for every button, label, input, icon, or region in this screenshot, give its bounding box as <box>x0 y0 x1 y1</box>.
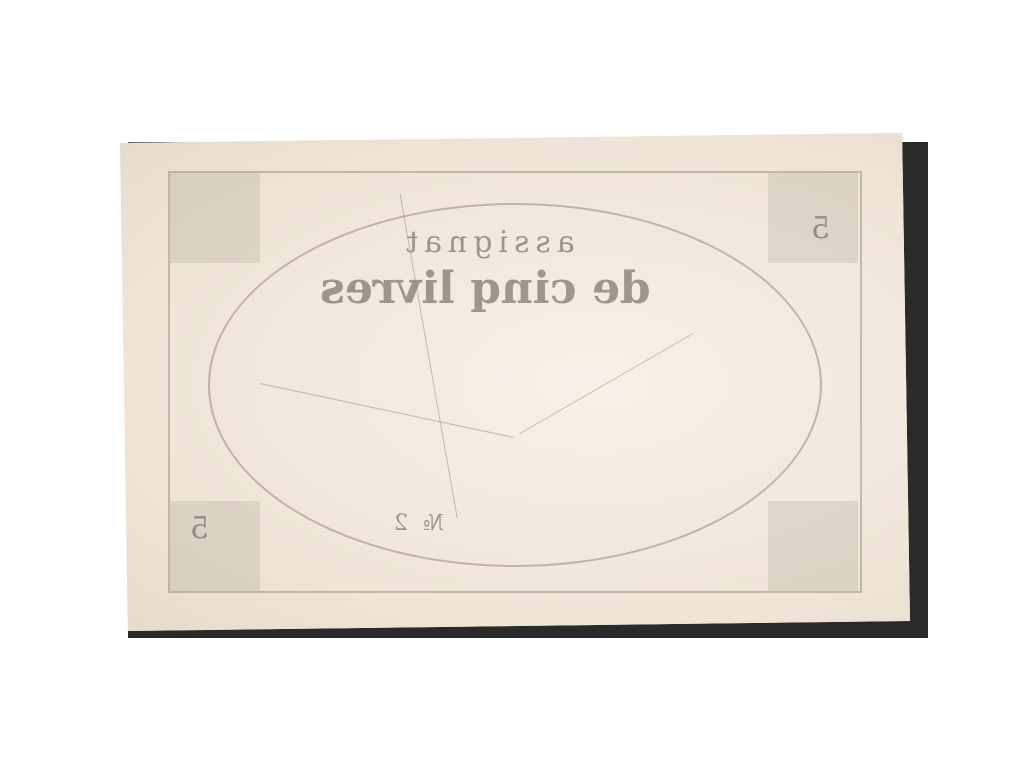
banknote: assignat de cinq livres № 2 5 5 <box>120 133 910 631</box>
denomination-text: de cinq livres <box>320 263 651 314</box>
corner-ornament <box>768 501 858 591</box>
corner-numeral-right: 5 <box>811 211 830 246</box>
corner-numeral-left: 5 <box>190 511 209 546</box>
corner-ornament <box>170 501 260 591</box>
arch-text: assignat <box>400 225 575 260</box>
serial-text: № 2 <box>390 511 444 536</box>
corner-ornament <box>170 173 260 263</box>
